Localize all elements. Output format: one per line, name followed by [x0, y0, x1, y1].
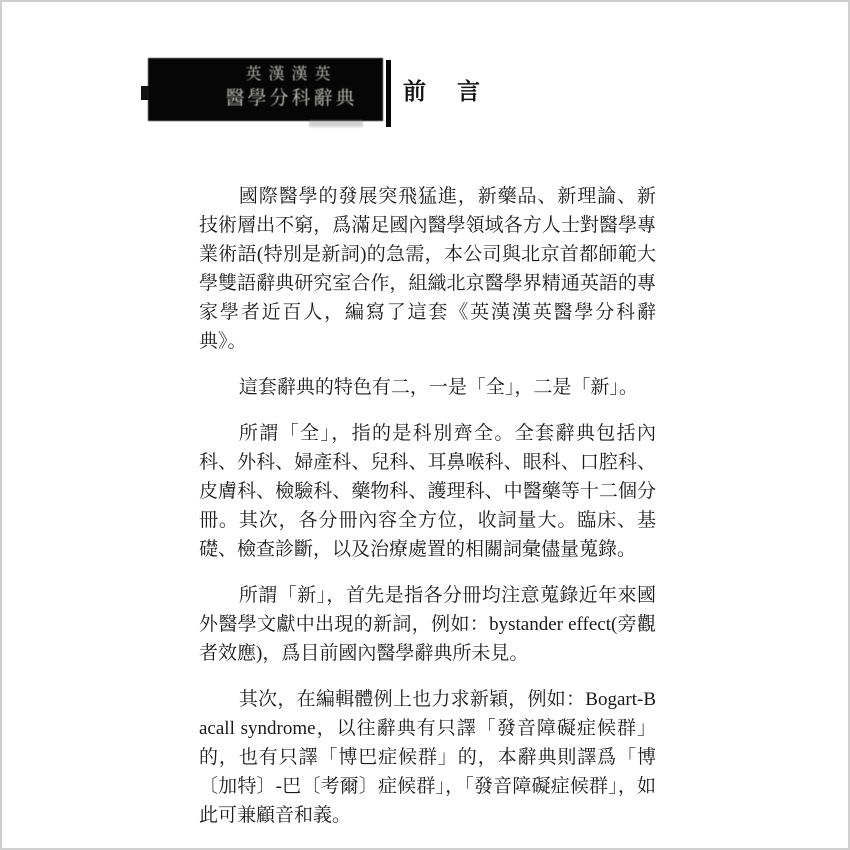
paragraph-3: 所謂「全」，指的是科別齊全。全套辭典包括內科、外科、婦產科、兒科、耳鼻喉科、眼科… [199, 419, 656, 564]
header-divider [386, 60, 391, 127]
scan-noise-tick [141, 86, 149, 100]
section-title: 前 言 [403, 73, 484, 106]
paragraph-2: 這套辭典的特色有二，一是「全」，二是「新」。 [199, 373, 656, 402]
scanned-page: 英漢漢英 醫學分科辭典 前 言 國際醫學的發展突飛猛進，新藥品、新理論、新技術層… [0, 0, 850, 850]
paragraph-1: 國際醫學的發展突飛猛進，新藥品、新理論、新技術層出不窮，爲滿足國內醫學領域各方人… [199, 182, 656, 356]
scan-noise-smudge [309, 120, 363, 127]
preface-body: 國際醫學的發展突飛猛進，新藥品、新理論、新技術層出不窮，爲滿足國內醫學領域各方人… [199, 182, 656, 830]
book-title-line2: 醫學分科辭典 [210, 87, 373, 111]
book-title-line1: 英漢漢英 [210, 65, 373, 85]
paragraph-5: 其次，在編輯體例上也力求新穎，例如：Bogart-Bacall syndrome… [199, 685, 656, 830]
book-title-banner: 英漢漢英 醫學分科辭典 [148, 58, 383, 121]
paragraph-4: 所謂「新」，首先是指各分冊均注意蒐錄近年來國外醫學文獻中出現的新詞，例如：bys… [199, 581, 656, 668]
